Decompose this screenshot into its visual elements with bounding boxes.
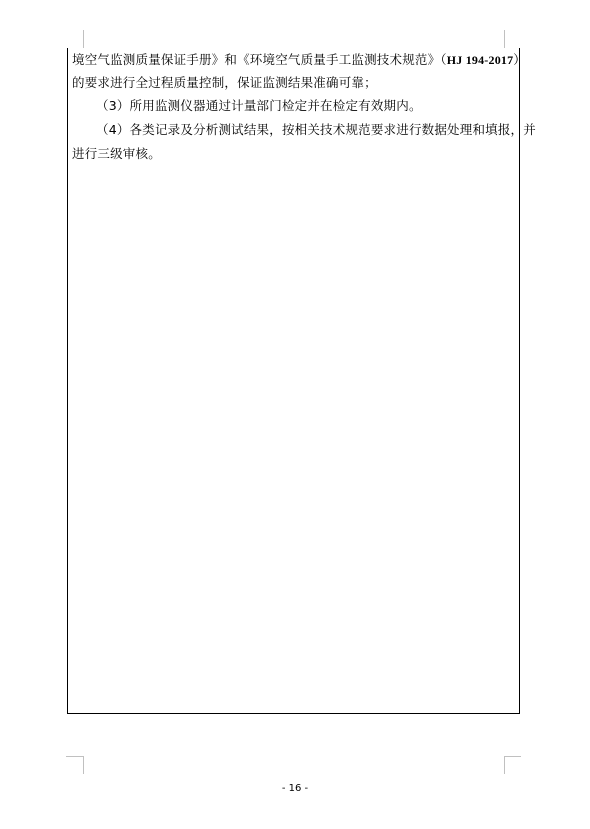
table-cell: 境空气监测质量保证手册》和《环境空气质量手工监测技术规范》（HJ 194-201… [67, 48, 520, 714]
page-number: - 16 - [0, 783, 590, 794]
text-line-1: 境空气监测质量保证手册》和《环境空气质量手工监测技术规范》（HJ 194-201… [72, 48, 526, 72]
crop-mark-bottom-left-h [66, 756, 83, 757]
text-line-3: （3）所用监测仪器通过计量部门检定并在检定有效期内。 [96, 94, 422, 117]
crop-mark-bottom-left-v [83, 756, 84, 774]
text-line-5: 进行三级审核。 [72, 142, 161, 165]
text-line-2: 的要求进行全过程质量控制，保证监测结果准确可靠； [72, 71, 377, 94]
crop-mark-bottom-right-h [504, 756, 521, 757]
crop-mark-bottom-right-v [504, 756, 505, 774]
text-line-4: （4）各类记录及分析测试结果，按相关技术规范要求进行数据处理和填报，并 [96, 118, 536, 141]
crop-mark-top-right [504, 30, 505, 48]
crop-mark-top-left [83, 30, 84, 48]
